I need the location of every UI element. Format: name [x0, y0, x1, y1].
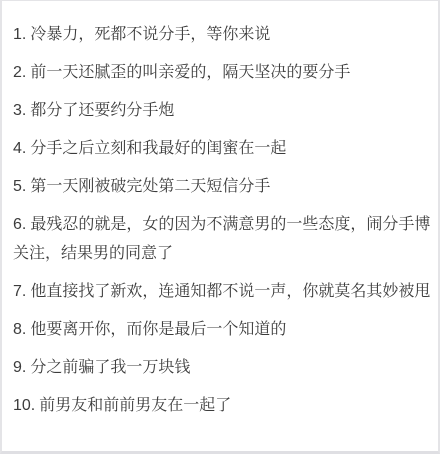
- item-number: 4.: [13, 140, 26, 157]
- item-number: 10.: [13, 397, 35, 414]
- item-text: 分手之后立刻和我最好的闺蜜在一起: [30, 140, 286, 157]
- item-number: 9.: [13, 359, 26, 376]
- list-item: 2.前一天还腻歪的叫亲爱的，隔天坚决的要分手: [13, 58, 433, 87]
- item-text: 都分了还要约分手炮: [30, 102, 174, 119]
- item-text: 最残忍的就是，女的因为不满意男的一些态度，闹分手博关注，结果男的同意了: [13, 216, 430, 262]
- list-item: 4.分手之后立刻和我最好的闺蜜在一起: [13, 134, 433, 163]
- item-number: 8.: [13, 321, 26, 338]
- item-number: 3.: [13, 102, 26, 119]
- list-item: 3.都分了还要约分手炮: [13, 96, 433, 125]
- item-number: 2.: [13, 64, 26, 81]
- item-text: 分之前骗了我一万块钱: [30, 359, 190, 376]
- item-text: 他直接找了新欢，连通知都不说一声，你就莫名其妙被甩: [30, 283, 430, 300]
- item-text: 他要离开你，而你是最后一个知道的: [30, 321, 286, 338]
- item-text: 第一天刚被破完处第二天短信分手: [30, 178, 270, 195]
- item-text: 冷暴力，死都不说分手，等你来说: [30, 26, 270, 43]
- list-item: 9.分之前骗了我一万块钱: [13, 353, 433, 382]
- breakup-stories-list: 1.冷暴力，死都不说分手，等你来说 2.前一天还腻歪的叫亲爱的，隔天坚决的要分手…: [2, 1, 438, 420]
- list-item: 8.他要离开你，而你是最后一个知道的: [13, 315, 433, 344]
- list-item: 1.冷暴力，死都不说分手，等你来说: [13, 20, 433, 49]
- list-item: 7.他直接找了新欢，连通知都不说一声，你就莫名其妙被甩: [13, 277, 433, 306]
- content-card: 1.冷暴力，死都不说分手，等你来说 2.前一天还腻歪的叫亲爱的，隔天坚决的要分手…: [0, 0, 440, 454]
- item-number: 7.: [13, 283, 26, 300]
- item-text: 前男友和前前男友在一起了: [39, 397, 231, 414]
- list-item: 10.前男友和前前男友在一起了: [13, 391, 433, 420]
- item-number: 6.: [13, 216, 26, 233]
- item-text: 前一天还腻歪的叫亲爱的，隔天坚决的要分手: [30, 64, 350, 81]
- item-number: 5.: [13, 178, 26, 195]
- item-number: 1.: [13, 26, 26, 43]
- list-item: 6.最残忍的就是，女的因为不满意男的一些态度，闹分手博关注，结果男的同意了: [13, 210, 433, 268]
- list-item: 5.第一天刚被破完处第二天短信分手: [13, 172, 433, 201]
